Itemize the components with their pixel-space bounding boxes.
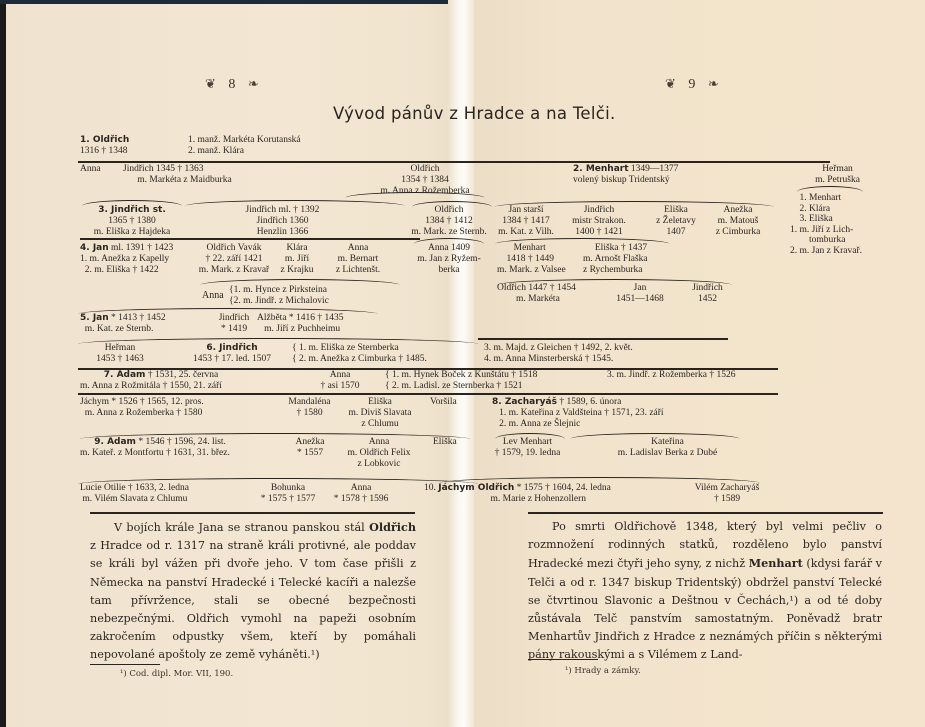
tree-node-lev-menhart: Lev Menhart† 1579, 19. ledna — [490, 437, 565, 459]
brace — [797, 186, 863, 192]
tree-node-anezka: Anežkam. Matoušz Cimburka — [708, 205, 768, 238]
tree-node-jindrich-1452: Jindřich1452 — [680, 283, 735, 305]
tree-node-anna-7: Anna† asi 1570 — [305, 370, 375, 392]
tree-node-jindrich-st: 3. Jindřich st.1365 † 1380m. Eliška z Ha… — [82, 205, 182, 238]
generation-rule — [78, 393, 778, 395]
tree-node-anna: Anna — [80, 164, 101, 175]
tree-node-klara: Kláram. Jiříz Krajku — [272, 243, 322, 276]
tree-node-jindrich-6-marriages: { 1. m. Eliška ze Sternberka{ 2. m. Anež… — [292, 343, 427, 365]
ornament-right-icon: ❧ — [248, 76, 259, 91]
tree-node-jachym-oldrich: 10. Jáchym Oldřich * 1575 † 1604, 24. le… — [424, 483, 611, 505]
tree-node-jan-5: 5. Jan * 1413 † 1452 m. Kat. ze Sternb. — [80, 313, 166, 335]
tree-node-anna-g4b-marriages: {1. m. Hynce z Pirksteina{2. m. Jindř. z… — [229, 285, 329, 307]
section-divider — [528, 512, 883, 514]
section-divider — [90, 512, 415, 514]
tree-node-adam-7: 7. Adam † 1531, 25. červnam. Anna z Rožm… — [80, 370, 222, 392]
tree-node-jindrich-mistr: Jindřichmistr Strakon.1400 † 1421 — [565, 205, 633, 238]
tree-node-jan-1451: Jan1451—1468 — [610, 283, 670, 305]
tree-node-vorsila: Voršila — [430, 397, 457, 408]
generation-rule — [78, 161, 830, 163]
tree-node-anna-4: Annam. Bernartz Lichtenšt. — [322, 243, 394, 276]
left-footnote: ¹) Cod. dipl. Mor. VII, 190. — [120, 669, 233, 679]
tree-node-oldrich-1447: Oldřich 1447 † 1454 m. Markéta — [497, 283, 576, 305]
tree-node-anna-9: Annam. Oldřich Felixz Lobkovic — [338, 437, 420, 470]
right-page-number: ❦ 9 ❧ — [665, 76, 719, 93]
tree-node-jindrich-6-marriages-2: 3. m. Majd. z Gleichen † 1492, 2. květ.4… — [484, 343, 633, 365]
tree-node-anezka-9: Anežka* 1557 — [285, 437, 335, 459]
tree-node-eliska-4: Eliška † 1437m. Arnošt Flaškaz Rychembur… — [583, 243, 648, 276]
tree-node-eliska: Eliškaz Želetavy1407 — [645, 205, 707, 238]
tree-node-herman: Heřmanm. Petruška — [800, 164, 875, 186]
tree-node-alzbeta: Alžběta * 1416 † 1435 m. Jiří z Puchheim… — [257, 313, 344, 335]
tree-node-jan-starsi: Jan starší1384 † 1417m. Kat. z Vilh. — [495, 205, 557, 238]
tree-node-anna-7-marriages: { 1. m. Hynek Boček z Kunštátu † 1518{ 2… — [385, 370, 537, 392]
tree-node-menhart: 2. Menhart 1349—1377volený biskup Triden… — [573, 164, 678, 186]
tree-node-oldrich-vavak: Oldřich Vavák† 22. září 1421m. Mark. z K… — [198, 243, 270, 276]
tree-node-oldrich-1-wives: 1. manž. Markéta Korutanská2. manž. Klár… — [188, 135, 301, 157]
tree-node-jindrich-ml: Jindřich ml. † 1392Jindřich 1360Henzlin … — [220, 205, 345, 238]
generation-rule — [478, 338, 728, 340]
ornament-left-icon: ❦ — [205, 76, 216, 91]
left-page-number: ❦ 8 ❧ — [205, 76, 259, 93]
tree-node-oldrich-3: Oldřich1384 † 1412m. Mark. ze Sternb. — [405, 205, 493, 238]
footnote-rule — [90, 664, 160, 665]
tree-node-anna-10: Anna* 1578 † 1596 — [326, 483, 396, 505]
ornament-right-icon: ❧ — [708, 76, 719, 91]
tree-node-zacharyas: 8. Zacharyáš † 1589, 6. února 1. m. Kate… — [492, 397, 664, 430]
tree-node-eliska-9: Eliška — [433, 437, 457, 448]
brace — [345, 192, 485, 198]
right-footnote: ¹) Hrady a zámky. — [565, 666, 641, 676]
tree-node-herman-children: 1. Menhart 2. Klára 3. Eliška 1. m. Jiří… — [790, 193, 862, 256]
tree-node-lucie-otilie: Lucie Otilie † 1633, 2. ledna m. Vilém S… — [80, 483, 189, 505]
tree-node-herman-6: Heřman1453 † 1463 — [80, 343, 160, 365]
left-body-text: V bojích krále Jana se stranou panskou s… — [90, 518, 416, 665]
tree-node-jan-4: 4. Jan ml. 1391 † 14231. m. Anežka z Kap… — [80, 243, 173, 276]
tree-node-adam-9: 9. Adam * 1546 † 1596, 24. list.m. Kateř… — [80, 437, 230, 459]
page-title: Vývod pánův z Hradce a na Telči. — [333, 104, 616, 123]
tree-node-menhart-4: Menhart 1418 † 1449m. Mark. z Valsee — [497, 243, 566, 276]
generation-rule — [80, 238, 420, 240]
tree-node-vilem-zacharyas: Vilém Zacharyáš† 1589 — [682, 483, 772, 505]
tree-node-oldrich-1: 1. Oldřich1316 † 1348 — [80, 135, 129, 157]
tree-node-anna-g4b: Anna — [202, 290, 224, 301]
tree-node-jachym: Jáchym * 1526 † 1565, 12. pros. m. Anna … — [80, 397, 204, 419]
tree-node-anna-7-marriage-3: 3. m. Jindř. z Rožemberka † 1526 — [607, 370, 736, 381]
footnote-rule — [528, 659, 598, 660]
tree-node-eliska-8: Eliškam. Diviš Slavataz Chlumu — [340, 397, 420, 430]
tree-node-bohunka: Bohunka* 1575 † 1577 — [253, 483, 323, 505]
tree-node-jindrich-6: 6. Jindřich1453 † 17. led. 1507 — [172, 343, 292, 365]
tree-node-katerina: Kateřinam. Ladislav Berka z Dubé — [590, 437, 745, 459]
ornament-left-icon: ❦ — [665, 76, 676, 91]
tree-node-anna-1409: Anna 1409m. Jan z Ryžem-berka — [405, 243, 493, 276]
tree-node-mandalena: Mandaléna† 1580 — [277, 397, 342, 419]
book-spread: ❦ 8 ❧ ❦ 9 ❧ Vývod pánův z Hradce a na Te… — [0, 0, 925, 727]
tree-node-jindrich: Jindřich 1345 † 1363 m. Markéta z Maidbu… — [123, 164, 232, 186]
right-body-text: Po smrti Oldřichově 1348, který byl velm… — [528, 518, 882, 665]
